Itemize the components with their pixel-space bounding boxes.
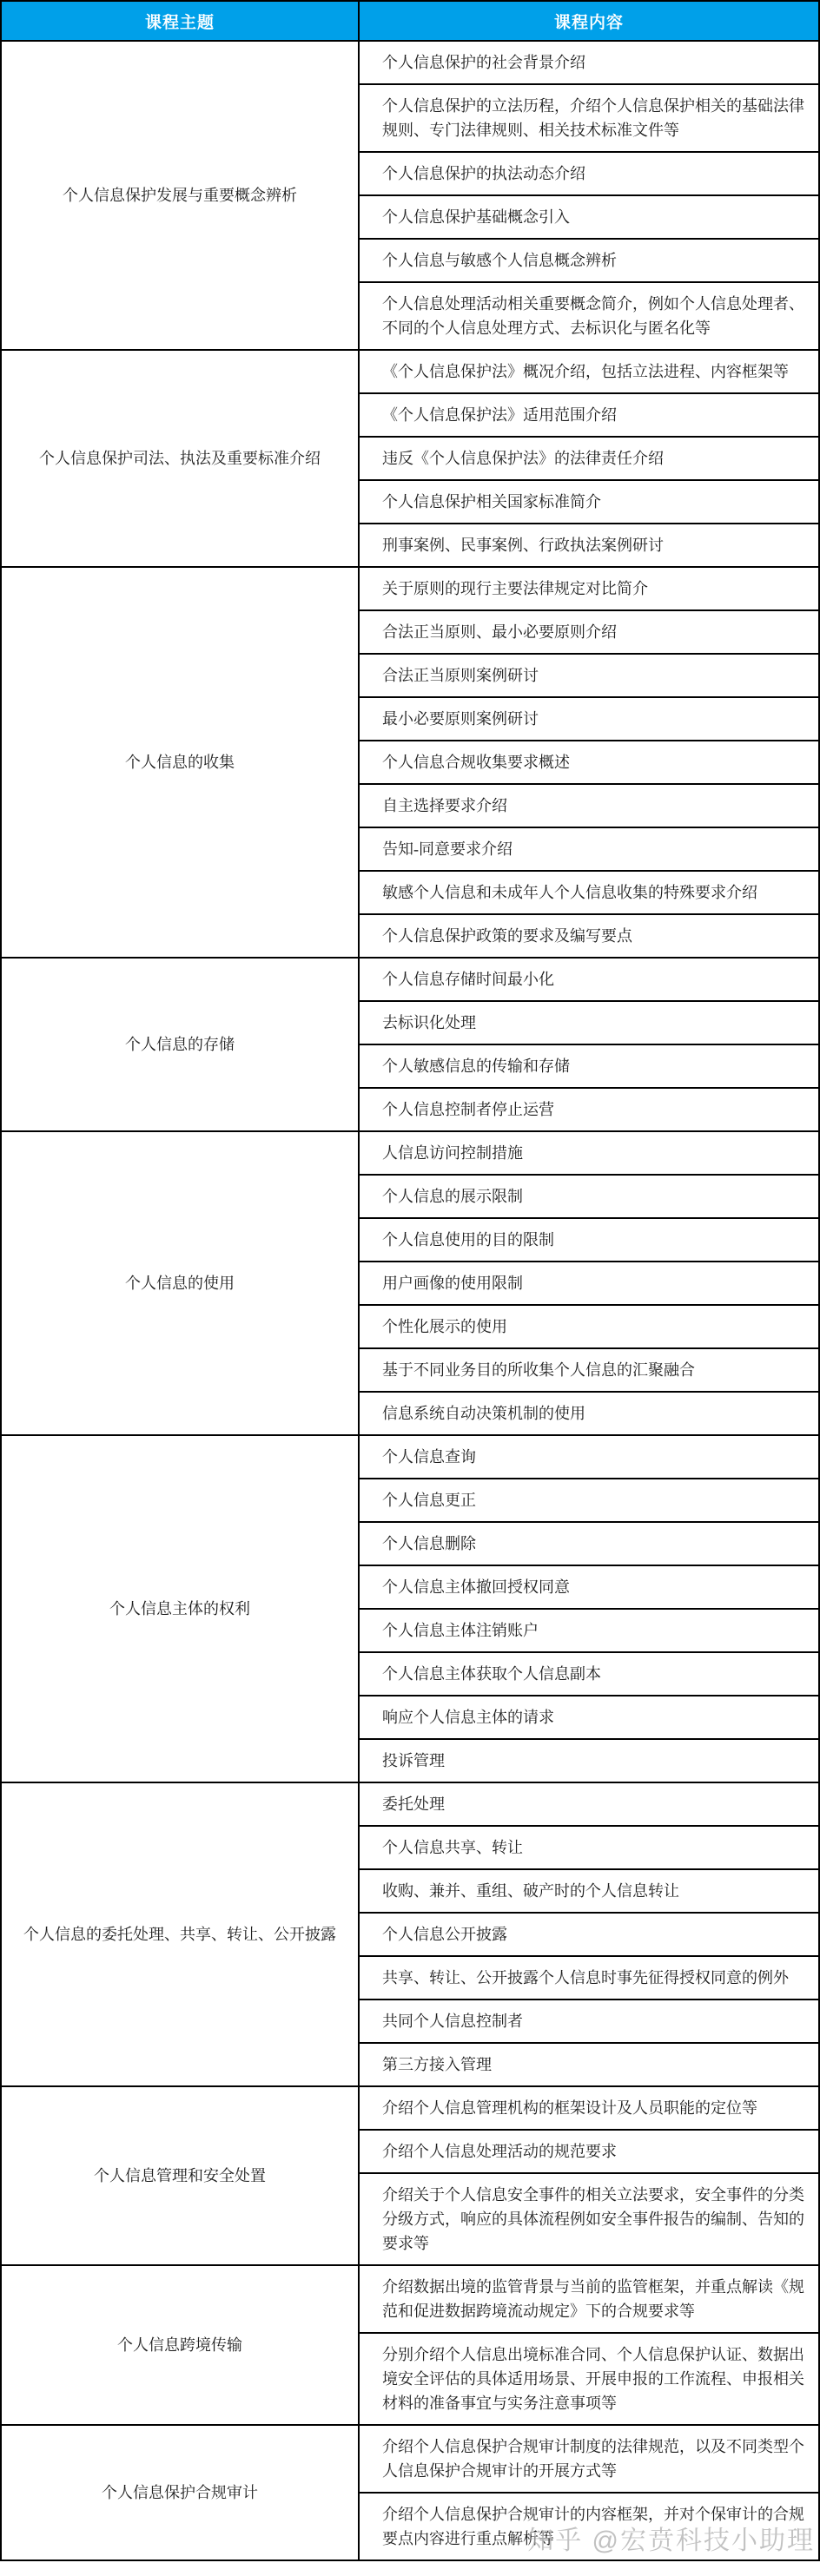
content-cell: 个人信息存储时间最小化: [360, 959, 818, 1000]
content-cell: 刑事案例、民事案例、行政执法案例研讨: [360, 523, 818, 566]
content-cell: 个人信息处理活动相关重要概念简介，例如个人信息处理者、不同的个人信息处理方式、去…: [360, 281, 818, 349]
content-cell: 告知-同意要求介绍: [360, 827, 818, 870]
topic-cell: 个人信息跨境传输: [2, 2266, 360, 2424]
content-cell: 个人信息主体注销账户: [360, 1608, 818, 1651]
content-cell: 合法正当原则、最小必要原则介绍: [360, 609, 818, 653]
topic-cell: 个人信息管理和安全处置: [2, 2087, 360, 2264]
content-rows: 个人信息存储时间最小化去标识化处理个人敏感信息的传输和存储个人信息控制者停止运营: [360, 959, 818, 1130]
content-cell: 《个人信息保护法》概况介绍，包括立法进程、内容框架等: [360, 351, 818, 392]
content-cell: 介绍个人信息保护合规审计的内容框架，并对个保审计的合规要点内容进行重点解析等: [360, 2492, 818, 2560]
content-cell: 投诉管理: [360, 1738, 818, 1782]
content-cell: 个人信息与敏感个人信息概念辨析: [360, 238, 818, 281]
topic-cell: 个人信息的存储: [2, 959, 360, 1130]
content-cell: 个人信息控制者停止运营: [360, 1087, 818, 1130]
content-cell: 个人信息保护的执法动态介绍: [360, 151, 818, 194]
content-cell: 介绍数据出境的监管背景与当前的监管框架，并重点解读《规范和促进数据跨境流动规定》…: [360, 2266, 818, 2332]
content-cell: 个人信息保护的立法历程，介绍个人信息保护相关的基础法律规则、专门法律规则、相关技…: [360, 83, 818, 151]
content-cell: 个人信息保护基础概念引入: [360, 194, 818, 238]
content-cell: 共同个人信息控制者: [360, 1999, 818, 2042]
topic-cell: 个人信息的收集: [2, 568, 360, 957]
content-cell: 信息系统自动决策机制的使用: [360, 1391, 818, 1434]
content-cell: 敏感个人信息和未成年人个人信息收集的特殊要求介绍: [360, 870, 818, 913]
section-row: 个人信息主体的权利个人信息查询个人信息更正个人信息删除个人信息主体撤回授权同意个…: [2, 1434, 818, 1782]
content-rows: 委托处理个人信息共享、转让收购、兼并、重组、破产时的个人信息转让个人信息公开披露…: [360, 1783, 818, 2085]
content-cell: 介绍个人信息处理活动的规范要求: [360, 2129, 818, 2172]
section-row: 个人信息的收集关于原则的现行主要法律规定对比简介合法正当原则、最小必要原则介绍合…: [2, 566, 818, 957]
section-row: 个人信息管理和安全处置介绍个人信息管理机构的框架设计及人员职能的定位等介绍个人信…: [2, 2085, 818, 2264]
content-rows: 个人信息查询个人信息更正个人信息删除个人信息主体撤回授权同意个人信息主体注销账户…: [360, 1436, 818, 1782]
content-cell: 用户画像的使用限制: [360, 1261, 818, 1304]
section-row: 个人信息的存储个人信息存储时间最小化去标识化处理个人敏感信息的传输和存储个人信息…: [2, 957, 818, 1130]
content-cell: 个人信息主体获取个人信息副本: [360, 1651, 818, 1695]
topic-cell: 个人信息的使用: [2, 1132, 360, 1434]
section-row: 个人信息跨境传输介绍数据出境的监管背景与当前的监管框架，并重点解读《规范和促进数…: [2, 2264, 818, 2424]
content-cell: 介绍个人信息管理机构的框架设计及人员职能的定位等: [360, 2087, 818, 2129]
content-rows: 介绍个人信息管理机构的框架设计及人员职能的定位等介绍个人信息处理活动的规范要求介…: [360, 2087, 818, 2264]
content-cell: 个人信息的展示限制: [360, 1174, 818, 1217]
content-rows: 人信息访问控制措施个人信息的展示限制个人信息使用的目的限制用户画像的使用限制个性…: [360, 1132, 818, 1434]
content-cell: 分别介绍个人信息出境标准合同、个人信息保护认证、数据出境安全评估的具体适用场景、…: [360, 2332, 818, 2424]
content-cell: 合法正当原则案例研讨: [360, 653, 818, 696]
section-row: 个人信息保护合规审计介绍个人信息保护合规审计制度的法律规范，以及不同类型个人信息…: [2, 2424, 818, 2560]
content-cell: 个人敏感信息的传输和存储: [360, 1044, 818, 1087]
content-cell: 个人信息查询: [360, 1436, 818, 1478]
content-rows: 关于原则的现行主要法律规定对比简介合法正当原则、最小必要原则介绍合法正当原则案例…: [360, 568, 818, 957]
content-rows: 介绍个人信息保护合规审计制度的法律规范，以及不同类型个人信息保护合规审计的开展方…: [360, 2426, 818, 2560]
content-cell: 违反《个人信息保护法》的法律责任介绍: [360, 436, 818, 479]
section-row: 个人信息保护司法、执法及重要标准介绍《个人信息保护法》概况介绍，包括立法进程、内…: [2, 349, 818, 566]
header-cell-content: 课程内容: [360, 2, 818, 40]
course-table: 课程主题 课程内容 个人信息保护发展与重要概念辨析个人信息保护的社会背景介绍个人…: [0, 0, 820, 2561]
content-rows: 《个人信息保护法》概况介绍，包括立法进程、内容框架等《个人信息保护法》适用范围介…: [360, 351, 818, 566]
content-cell: 最小必要原则案例研讨: [360, 696, 818, 740]
table-header-row: 课程主题 课程内容: [2, 2, 818, 40]
content-cell: 个人信息删除: [360, 1521, 818, 1565]
topic-cell: 个人信息主体的权利: [2, 1436, 360, 1782]
content-cell: 《个人信息保护法》适用范围介绍: [360, 392, 818, 436]
section-row: 个人信息的委托处理、共享、转让、公开披露委托处理个人信息共享、转让收购、兼并、重…: [2, 1782, 818, 2085]
content-cell: 基于不同业务目的所收集个人信息的汇聚融合: [360, 1347, 818, 1391]
content-cell: 个人信息公开披露: [360, 1912, 818, 1955]
topic-cell: 个人信息保护司法、执法及重要标准介绍: [2, 351, 360, 566]
topic-cell: 个人信息的委托处理、共享、转让、公开披露: [2, 1783, 360, 2085]
content-rows: 个人信息保护的社会背景介绍个人信息保护的立法历程，介绍个人信息保护相关的基础法律…: [360, 42, 818, 349]
content-cell: 个人信息主体撤回授权同意: [360, 1565, 818, 1608]
content-cell: 个人信息保护政策的要求及编写要点: [360, 913, 818, 957]
content-cell: 响应个人信息主体的请求: [360, 1695, 818, 1738]
content-cell: 自主选择要求介绍: [360, 783, 818, 827]
content-cell: 个人信息共享、转让: [360, 1825, 818, 1868]
content-cell: 人信息访问控制措施: [360, 1132, 818, 1174]
topic-cell: 个人信息保护合规审计: [2, 2426, 360, 2560]
content-cell: 个人信息保护的社会背景介绍: [360, 42, 818, 83]
section-row: 个人信息的使用人信息访问控制措施个人信息的展示限制个人信息使用的目的限制用户画像…: [2, 1130, 818, 1434]
section-row: 个人信息保护发展与重要概念辨析个人信息保护的社会背景介绍个人信息保护的立法历程，…: [2, 40, 818, 349]
table-body: 个人信息保护发展与重要概念辨析个人信息保护的社会背景介绍个人信息保护的立法历程，…: [2, 40, 818, 2560]
content-cell: 去标识化处理: [360, 1000, 818, 1044]
content-cell: 介绍关于个人信息安全事件的相关立法要求，安全事件的分类分级方式，响应的具体流程例…: [360, 2172, 818, 2264]
content-cell: 共享、转让、公开披露个人信息时事先征得授权同意的例外: [360, 1955, 818, 1999]
content-cell: 关于原则的现行主要法律规定对比简介: [360, 568, 818, 609]
content-rows: 介绍数据出境的监管背景与当前的监管框架，并重点解读《规范和促进数据跨境流动规定》…: [360, 2266, 818, 2424]
content-cell: 个人信息保护相关国家标准简介: [360, 479, 818, 523]
content-cell: 个人信息更正: [360, 1478, 818, 1521]
content-cell: 个人信息使用的目的限制: [360, 1217, 818, 1261]
page: 课程主题 课程内容 个人信息保护发展与重要概念辨析个人信息保护的社会背景介绍个人…: [0, 0, 820, 2576]
content-cell: 个性化展示的使用: [360, 1304, 818, 1347]
content-cell: 委托处理: [360, 1783, 818, 1825]
topic-cell: 个人信息保护发展与重要概念辨析: [2, 42, 360, 349]
content-cell: 个人信息合规收集要求概述: [360, 740, 818, 783]
header-cell-topic: 课程主题: [2, 2, 360, 40]
content-cell: 介绍个人信息保护合规审计制度的法律规范，以及不同类型个人信息保护合规审计的开展方…: [360, 2426, 818, 2492]
content-cell: 收购、兼并、重组、破产时的个人信息转让: [360, 1868, 818, 1912]
content-cell: 第三方接入管理: [360, 2042, 818, 2085]
